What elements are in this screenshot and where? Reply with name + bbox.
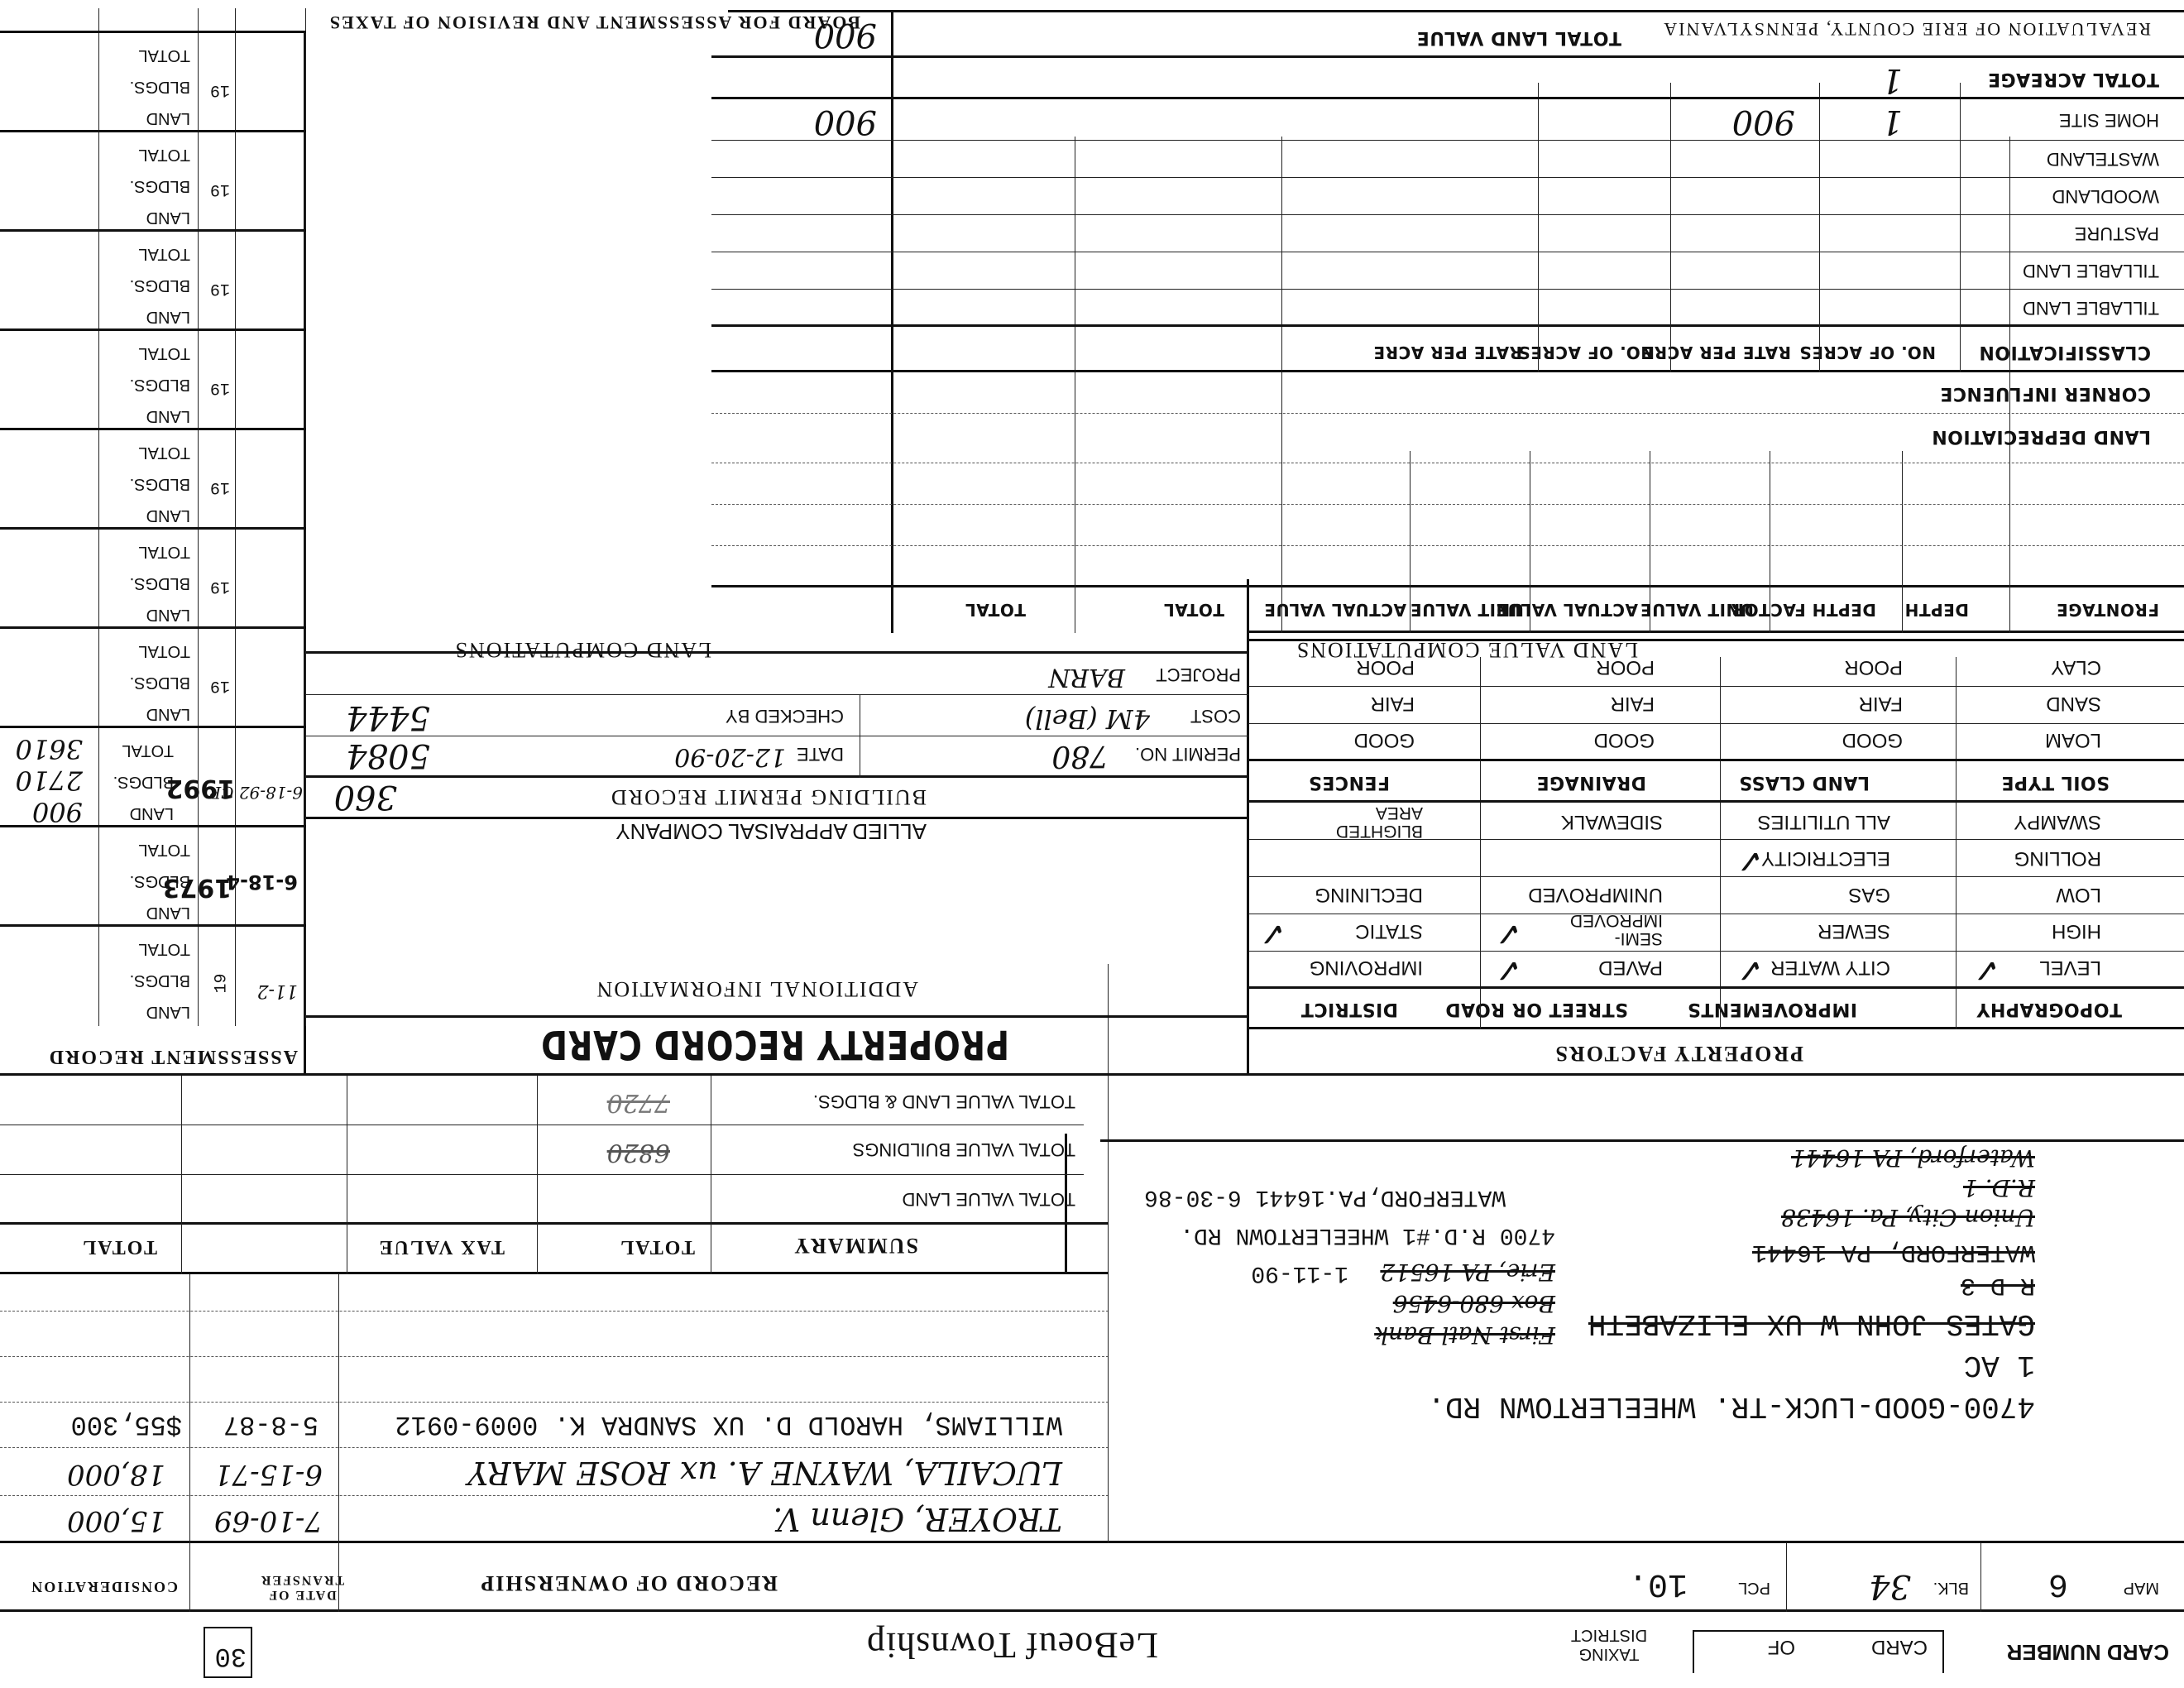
assessment-year: 19 <box>210 577 230 596</box>
of-label: OF <box>1768 1635 1795 1658</box>
imp-all-utilities[interactable]: ALL UTILITIES <box>1758 810 1891 833</box>
home-site-acres: 1 <box>1882 103 1903 141</box>
rd1-line: R.D. 1 <box>1963 1174 2035 1201</box>
lvc-total-1: TOTAL <box>1164 600 1224 620</box>
revaluation-title: REVALUATION OF ERIE COUNTY, PENNSYLVANIA <box>1662 18 2151 40</box>
prior-rd-line: R D 3 <box>1961 1271 2035 1299</box>
row-label-total: TOTAL <box>138 343 190 362</box>
street-unimproved[interactable]: UNIMPROVED <box>1528 883 1663 906</box>
drainage-header: DRAINAGE <box>1536 772 1646 793</box>
row-label-total: TOTAL <box>138 840 190 859</box>
imp-sewer[interactable]: SEWER <box>1818 919 1890 942</box>
row-label-land: LAND <box>146 605 190 624</box>
consideration-1: 15,000 <box>67 1504 165 1537</box>
assessment-total-value: 3610 <box>16 733 83 765</box>
transfer-date-2: 6-15-71 <box>214 1458 323 1491</box>
lvc-total-2: TOTAL <box>965 600 1026 620</box>
blk-label: BLK. <box>1933 1578 1969 1597</box>
permit-cost-label: COST <box>1190 705 1241 727</box>
imp-electricity[interactable]: ELECTRICITY <box>1761 846 1890 870</box>
row-label-bldgs: BLDGS. <box>130 971 190 990</box>
assessment-note: 11-2 <box>257 981 298 1001</box>
assessment-block: 19 LAND BLDGS. TOTAL <box>0 328 306 430</box>
assessment-block: 19 LAND BLDGS. TOTAL <box>0 428 306 530</box>
lvc-actual-value-2: ACTUAL VALUE <box>1264 600 1406 620</box>
permit-value-5444: 5444 <box>346 698 430 736</box>
soil-sand[interactable]: SAND <box>2046 692 2101 715</box>
land-value-computations-title: LAND VALUE COMPUTATIONS <box>1296 637 1638 662</box>
drainage-good[interactable]: GOOD <box>1594 728 1655 751</box>
mailing-city-line: WATERFORD,PA.16441 6-30-86 <box>1144 1184 1506 1210</box>
assessment-year: 19 <box>210 477 230 496</box>
map-value: 6 <box>2048 1565 2068 1602</box>
map-label: MAP <box>2124 1578 2159 1597</box>
appraisal-company: ALLIED APPRAISAL COMPANY <box>615 818 927 844</box>
soil-clay[interactable]: CLAY <box>2051 655 2101 679</box>
row-label-total: TOTAL <box>138 46 190 65</box>
assessment-block: 19 LAND BLDGS. TOTAL <box>0 229 306 331</box>
additional-info-title: ADDITIONAL INFORMATION <box>596 976 918 1001</box>
acreage-line: 1 AC <box>1964 1348 2035 1382</box>
district-blighted-area[interactable]: BLIGHTED AREA <box>1324 803 1423 840</box>
fences-fair[interactable]: FAIR <box>1371 692 1415 715</box>
assessment-bldgs-value: 2710 <box>16 765 83 796</box>
class-pasture: PASTURE <box>2075 223 2159 244</box>
owner-2: LUCAILA, WAYNE A. ux ROSE MARY <box>467 1455 1062 1491</box>
assessment-block: 19 LAND BLDGS. TOTAL <box>0 130 306 232</box>
row-label-land: LAND <box>130 803 174 822</box>
topo-high[interactable]: HIGH <box>2052 919 2101 942</box>
summary-title: SUMMARY <box>793 1233 918 1258</box>
class-wasteland: WASTELAND <box>2047 148 2159 170</box>
row-label-total: TOTAL <box>138 542 190 561</box>
class-good[interactable]: GOOD <box>1842 728 1903 751</box>
assessment-year: 19 <box>210 279 230 298</box>
class-header-rate-1: RATE PER ACRE <box>1642 343 1791 362</box>
summary-tax-value-header: TAX VALUE <box>378 1235 505 1258</box>
row-label-bldgs: BLDGS. <box>130 375 190 394</box>
assessment-block: 1992 6-18-92 CP LAND BLDGS. TOTAL 900 27… <box>0 726 306 827</box>
street-semi-improved-check-icon: ✓ <box>1494 914 1522 952</box>
street-sidewalk[interactable]: SIDEWALK <box>1561 810 1663 833</box>
soil-type-header: SOIL TYPE <box>2001 772 2110 793</box>
township-name: LeBoeuf Township <box>866 1624 1158 1666</box>
assessment-year: 19 <box>210 676 230 695</box>
bank-change-date: 1-11-90 <box>1251 1260 1348 1286</box>
summary-row-land-bldgs: TOTAL VALUE LAND & BLDGS. <box>813 1091 1075 1112</box>
owner-3: WILLIAMS, HAROLD D. UX SANDRA K. 0009-09… <box>395 1409 1062 1440</box>
row-label-land: LAND <box>146 1002 190 1021</box>
district-improving[interactable]: IMPROVING <box>1310 956 1423 979</box>
class-fair[interactable]: FAIR <box>1859 692 1903 715</box>
blk-value: 34 <box>1869 1567 1911 1605</box>
home-site-total: 900 <box>814 103 877 141</box>
row-label-bldgs: BLDGS. <box>130 176 190 195</box>
row-label-bldgs: BLDGS. <box>130 673 190 692</box>
class-tillable-1: TILLABLE LAND <box>2023 297 2159 319</box>
fences-good[interactable]: GOOD <box>1354 728 1415 751</box>
class-woodland: WOODLAND <box>2052 185 2159 207</box>
address-line-1: 4700-GOOD-LUCK-TR. WHEELERTOWN RD. <box>1427 1389 2035 1423</box>
checked-by-label: CHECKED BY <box>726 705 844 727</box>
street-paved-check-icon: ✓ <box>1494 951 1522 989</box>
mailing-address-line: 4700 R.D.#1 WHEELERTOWN RD. <box>1180 1222 1555 1248</box>
assessment-year: 19 <box>210 378 230 397</box>
assessment-note: 6-18-4 <box>226 870 298 894</box>
row-label-bldgs: BLDGS. <box>130 276 190 295</box>
pcl-label: PCL <box>1738 1578 1770 1597</box>
district-declining[interactable]: DECLINING <box>1315 883 1423 906</box>
class-poor[interactable]: POOR <box>1844 655 1903 679</box>
prior-owner-line: GATES JOHN W UX ELIZABETH <box>1588 1307 2035 1340</box>
row-label-bldgs: BLDGS. <box>113 772 174 791</box>
summary-total-header: TOTAL <box>619 1235 695 1258</box>
summary-land-bldg-value: 7720 <box>607 1088 670 1117</box>
assessment-year: 19 <box>210 180 230 199</box>
row-label-bldgs: BLDGS. <box>130 77 190 96</box>
district-static[interactable]: STATIC <box>1355 919 1423 942</box>
imp-city-water-check-icon: ✓ <box>1736 951 1764 989</box>
assessment-year: 19 <box>212 973 231 993</box>
summary-row-buildings: TOTAL VALUE BUILDINGS <box>853 1139 1075 1160</box>
summary-row-land: TOTAL VALUE LAND <box>903 1188 1075 1210</box>
total-land-value-label: TOTAL LAND VALUE <box>1416 27 1621 48</box>
property-record-card: CARD NUMBER CARD OF TAXING DISTRICT LeBo… <box>0 0 2184 1688</box>
lvc-header-row: FRONTAGE DEPTH DEPTH FACTOR UNIT VALUE A… <box>728 587 2184 633</box>
imp-electricity-check-icon: ✓ <box>1736 842 1764 880</box>
address-block: 4700-GOOD-LUCK-TR. WHEELERTOWN RD. 1 AC … <box>1109 1142 2184 1539</box>
union-city-line: Union City, Pa. 16438 <box>1781 1204 2035 1231</box>
row-label-bldgs: BLDGS. <box>130 573 190 592</box>
soil-loam[interactable]: LOAM <box>2045 728 2101 751</box>
taxing-district-label: TAXING DISTRICT <box>1555 1625 1663 1663</box>
assessment-year: 19 <box>210 80 230 99</box>
permit-no-value: 780 <box>1051 739 1109 773</box>
factor-grid: LEVEL ✓ HIGH LOW ROLLING SWAMPY CITY WAT… <box>1249 807 2184 989</box>
owner-1: TROYER, Glenn V. <box>773 1501 1062 1537</box>
row-label-land: LAND <box>146 903 190 922</box>
assessment-blocks: 19 11-2 LAND BLDGS. TOTAL 1973 6-18-4 LA… <box>0 8 306 1026</box>
permit-cost-value: 4M (Bell) <box>1025 703 1150 735</box>
district-static-check-icon: ✓ <box>1258 914 1286 952</box>
pcl-value: 10. <box>1628 1565 1688 1602</box>
topo-rolling[interactable]: ROLLING <box>2014 846 2101 870</box>
corner-influence-label: CORNER INFLUENCE <box>1940 383 2151 404</box>
taxing-district-value: 30 <box>215 1641 247 1671</box>
permit-value-5084: 5084 <box>346 736 430 774</box>
land-class-header: LAND CLASS <box>1739 772 1870 793</box>
project-value: BARN <box>1048 663 1125 692</box>
lvc-unit-value-2: UNIT VALUE <box>1410 600 1524 620</box>
property-factors-title: PROPERTY FACTORS <box>1554 1041 1803 1066</box>
bank-city-line: Erie, PA 16512 <box>1380 1259 1555 1286</box>
consideration-3: $55,300 <box>71 1409 182 1440</box>
district-header: DISTRICT <box>1300 999 1398 1019</box>
row-label-land: LAND <box>146 307 190 326</box>
class-header-rate-2: RATE PER ACRE <box>1373 343 1522 362</box>
assessment-block: 19 LAND BLDGS. TOTAL <box>0 31 306 132</box>
assessment-block: 1973 6-18-4 LAND BLDGS. TOTAL <box>0 825 306 927</box>
drainage-fair[interactable]: FAIR <box>1611 692 1655 715</box>
class-home-site: HOME SITE <box>2059 109 2159 131</box>
topo-swampy[interactable]: SWAMPY <box>2014 810 2101 833</box>
row-label-land: LAND <box>146 208 190 227</box>
assessment-land-value: 900 <box>32 796 83 827</box>
bank-box-line: Box 680-6456 <box>1393 1290 1555 1317</box>
board-title: BOARD FOR ASSESSMENT AND REVISION OF TAX… <box>328 12 860 33</box>
land-computations-label: LAND COMPUTATIONS <box>454 637 711 662</box>
ownership-title: RECORD OF OWNERSHIP <box>479 1571 778 1595</box>
building-permit-title: BUILDING PERMIT RECORD <box>610 784 927 809</box>
card-number-label: CARD NUMBER <box>2007 1642 2169 1663</box>
street-paved[interactable]: PAVED <box>1598 956 1663 979</box>
prior-city-line: WATERFORD, PA 16441 <box>1752 1238 2035 1266</box>
waterford-line: Waterford, PA 16441 <box>1791 1144 2035 1172</box>
row-label-total: TOTAL <box>138 641 190 660</box>
card-title: PROPERTY RECORD CARD <box>540 1021 1009 1067</box>
date-of-transfer-header: DATE OF TRANSFER <box>244 1572 360 1602</box>
total-acreage-value: 1 <box>1882 61 1903 99</box>
permit-date-label: DATE <box>797 743 844 765</box>
row-label-total: TOTAL <box>138 244 190 263</box>
ownership-owners: TROYER, Glenn V. LUCAILA, WAYNE A. ux RO… <box>339 1360 1075 1542</box>
row-label-total: TOTAL <box>122 741 174 760</box>
project-label: PROJECT <box>1156 664 1241 685</box>
home-site-value: 900 <box>1732 103 1795 141</box>
row-label-bldgs: BLDGS. <box>130 474 190 493</box>
permit-value-360: 360 <box>334 778 397 816</box>
transfer-date-3: 5-8-87 <box>223 1409 318 1440</box>
lvc-frontage: FRONTAGE <box>2057 600 2159 620</box>
topo-low[interactable]: LOW <box>2056 883 2101 906</box>
assessment-note: 6-18-92 CP <box>210 783 303 803</box>
row-label-land: LAND <box>146 704 190 723</box>
land-depreciation-label: LAND DEPRECIATION <box>1932 426 2151 447</box>
imp-city-water[interactable]: CITY WATER <box>1770 956 1890 979</box>
consideration-header: CONSIDERATION <box>30 1578 178 1595</box>
lvc-unit-value-1: UNIT VALUE <box>1640 600 1754 620</box>
permit-no-label: PERMIT NO. <box>1135 743 1241 765</box>
summary-total-header-2: TOTAL <box>81 1235 157 1258</box>
row-label-bldgs: BLDGS. <box>130 871 190 890</box>
topo-level-check-icon: ✓ <box>1972 951 2000 989</box>
bank-line: First Natl Bank <box>1374 1321 1555 1349</box>
row-label-land: LAND <box>146 406 190 425</box>
summary-bldg-value: 6820 <box>607 1138 670 1167</box>
row-label-total: TOTAL <box>138 443 190 462</box>
street-semi-improved[interactable]: SEMI-IMPROVED <box>1547 911 1663 947</box>
improvements-header: IMPROVEMENTS <box>1688 999 1858 1019</box>
lvc-depth: DEPTH <box>1904 600 1969 620</box>
assessment-block: 19 11-2 LAND BLDGS. TOTAL <box>0 924 306 1026</box>
permit-date-value: 12-20-90 <box>674 742 786 771</box>
class-tillable-2: TILLABLE LAND <box>2023 260 2159 281</box>
consideration-2: 18,000 <box>67 1458 165 1491</box>
row-label-land: LAND <box>146 506 190 525</box>
assessment-record-title: ASSESSMENT RECORD <box>48 1045 298 1067</box>
row-label-land: LAND <box>146 108 190 127</box>
fences-header: FENCES <box>1309 772 1391 793</box>
imp-gas[interactable]: GAS <box>1848 883 1890 906</box>
topo-level[interactable]: LEVEL <box>2039 956 2101 979</box>
street-header: STREET OR ROAD <box>1445 999 1628 1019</box>
class-header-classification: CLASSIFICATION <box>1979 342 2151 362</box>
topography-header: TOPOGRAPHY <box>1976 999 2122 1019</box>
row-label-total: TOTAL <box>138 939 190 958</box>
class-total-acreage: TOTAL ACREAGE <box>1988 69 2159 89</box>
row-label-total: TOTAL <box>138 145 190 164</box>
assessment-block: 19 LAND BLDGS. TOTAL <box>0 626 306 728</box>
assessment-block: 19 LAND BLDGS. TOTAL <box>0 527 306 629</box>
card-label: CARD <box>1871 1635 1928 1658</box>
transfer-date-1: 7-10-69 <box>214 1504 323 1537</box>
